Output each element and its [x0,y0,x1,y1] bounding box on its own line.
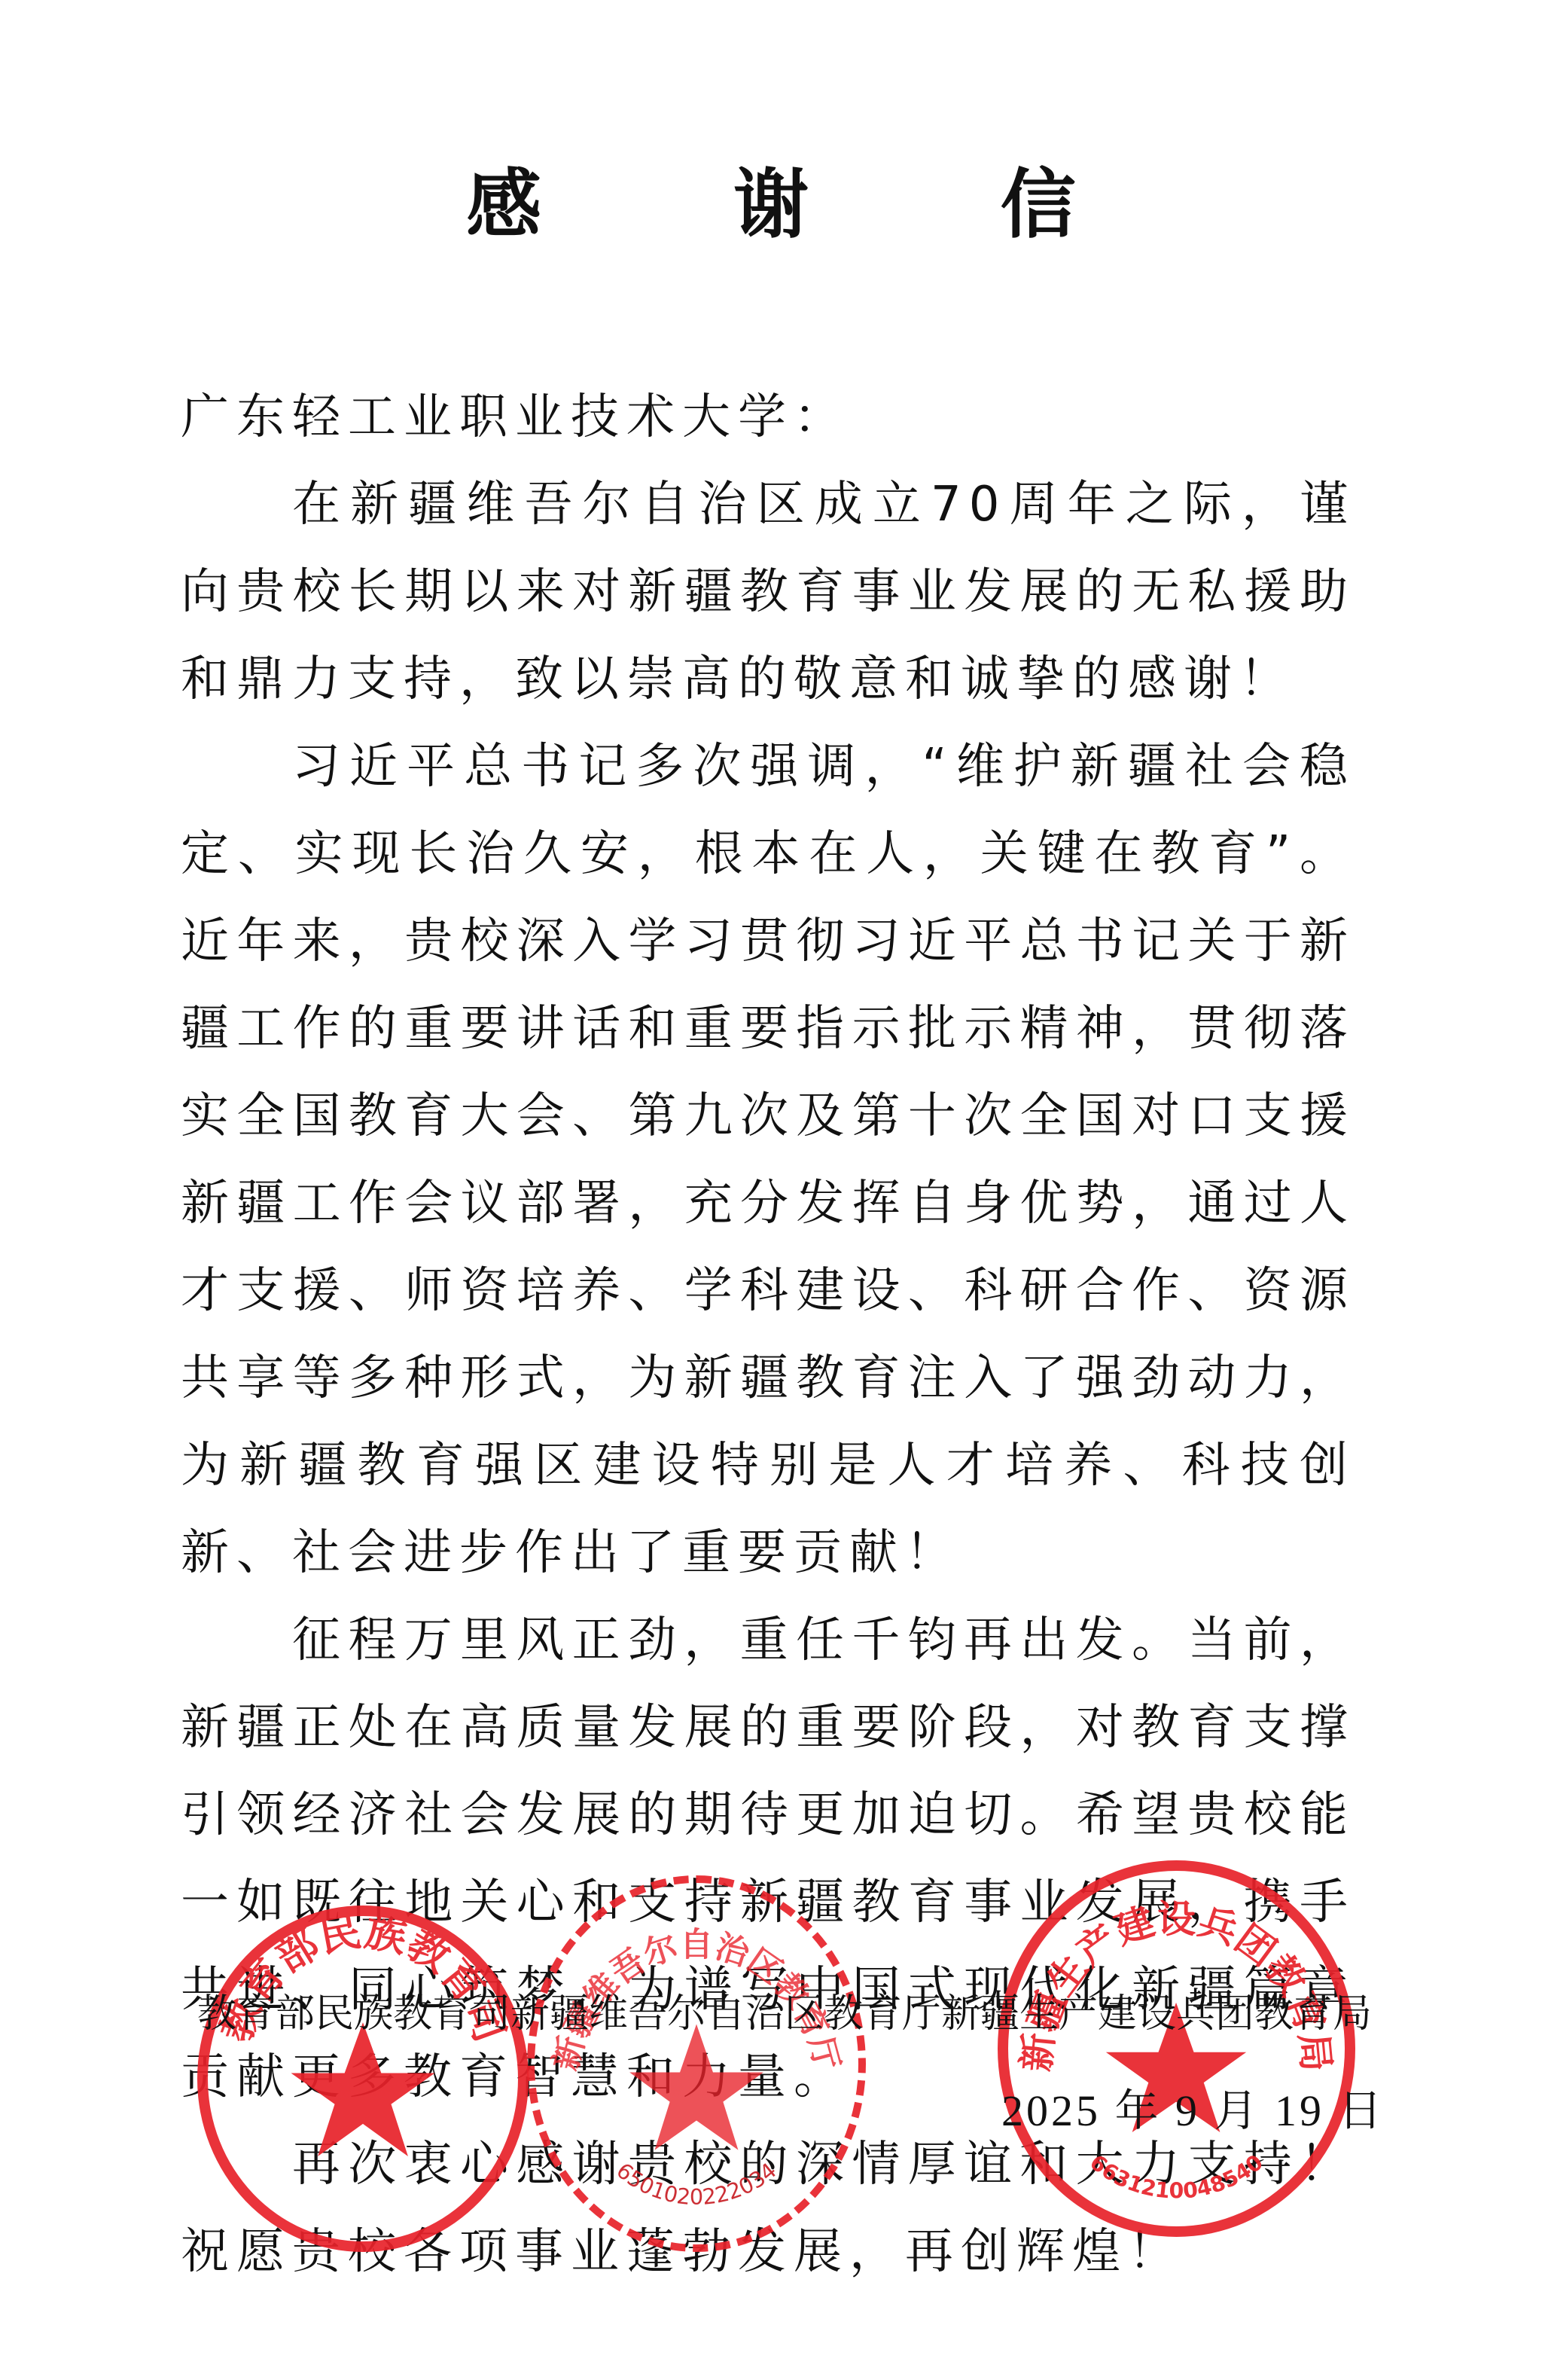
paragraph-background: 习近平总书记多次强调，“维护新疆社会稳定、实现长治久安，根本在人，关键在教育”。… [181,723,1355,1597]
letter-page: 感 谢 信 广东轻工业职业技术大学： 在新疆维吾尔自治区成立70周年之际，谨向贵… [0,0,1542,2380]
signatory-xinjiang-education-department: 新疆维吾尔自治区教育厅 [510,1990,941,2038]
seal-ministry-ethnic-education: 教育部民族教育司 [197,1906,529,2252]
signatory-ministry-ethnic-education: 教育部民族教育司 [197,1990,510,2038]
red-star-icon: 教育部民族教育司 [208,1916,518,2241]
letter-date: 2025 年 9 月 19 日 [1001,2085,1385,2137]
letter-title: 感 谢 信 [0,160,1542,250]
svg-text:6631210048540: 6631210048540 [1085,2150,1268,2203]
red-star-icon: 新疆生产建设兵团教育局 6631210048540 [1008,1871,1345,2226]
paragraph-opening: 在新疆维吾尔自治区成立70周年之际，谨向贵校长期以来对新疆教育事业发展的无私援助… [181,461,1355,723]
salutation: 广东轻工业职业技术大学： [181,374,1355,461]
red-star-icon: 新疆维吾尔自治区教育厅 6501020222034 [535,1883,858,2244]
svg-text:6501020222034: 6501020222034 [611,2158,781,2210]
seal-xpcc-education-bureau: 新疆生产建设兵团教育局 6631210048540 [998,1860,1355,2237]
signatories: 教育部民族教育司 新疆维吾尔自治区教育厅 新疆生产建设兵团教育局 [197,1990,1372,2038]
seal-area: 教育部民族教育司 新疆维吾尔自治区教育厅 6501020222034 [0,1838,1542,2305]
seal-xinjiang-education-department: 新疆维吾尔自治区教育厅 6501020222034 [527,1875,866,2252]
signatory-xpcc-education-bureau: 新疆生产建设兵团教育局 [941,1990,1372,2038]
